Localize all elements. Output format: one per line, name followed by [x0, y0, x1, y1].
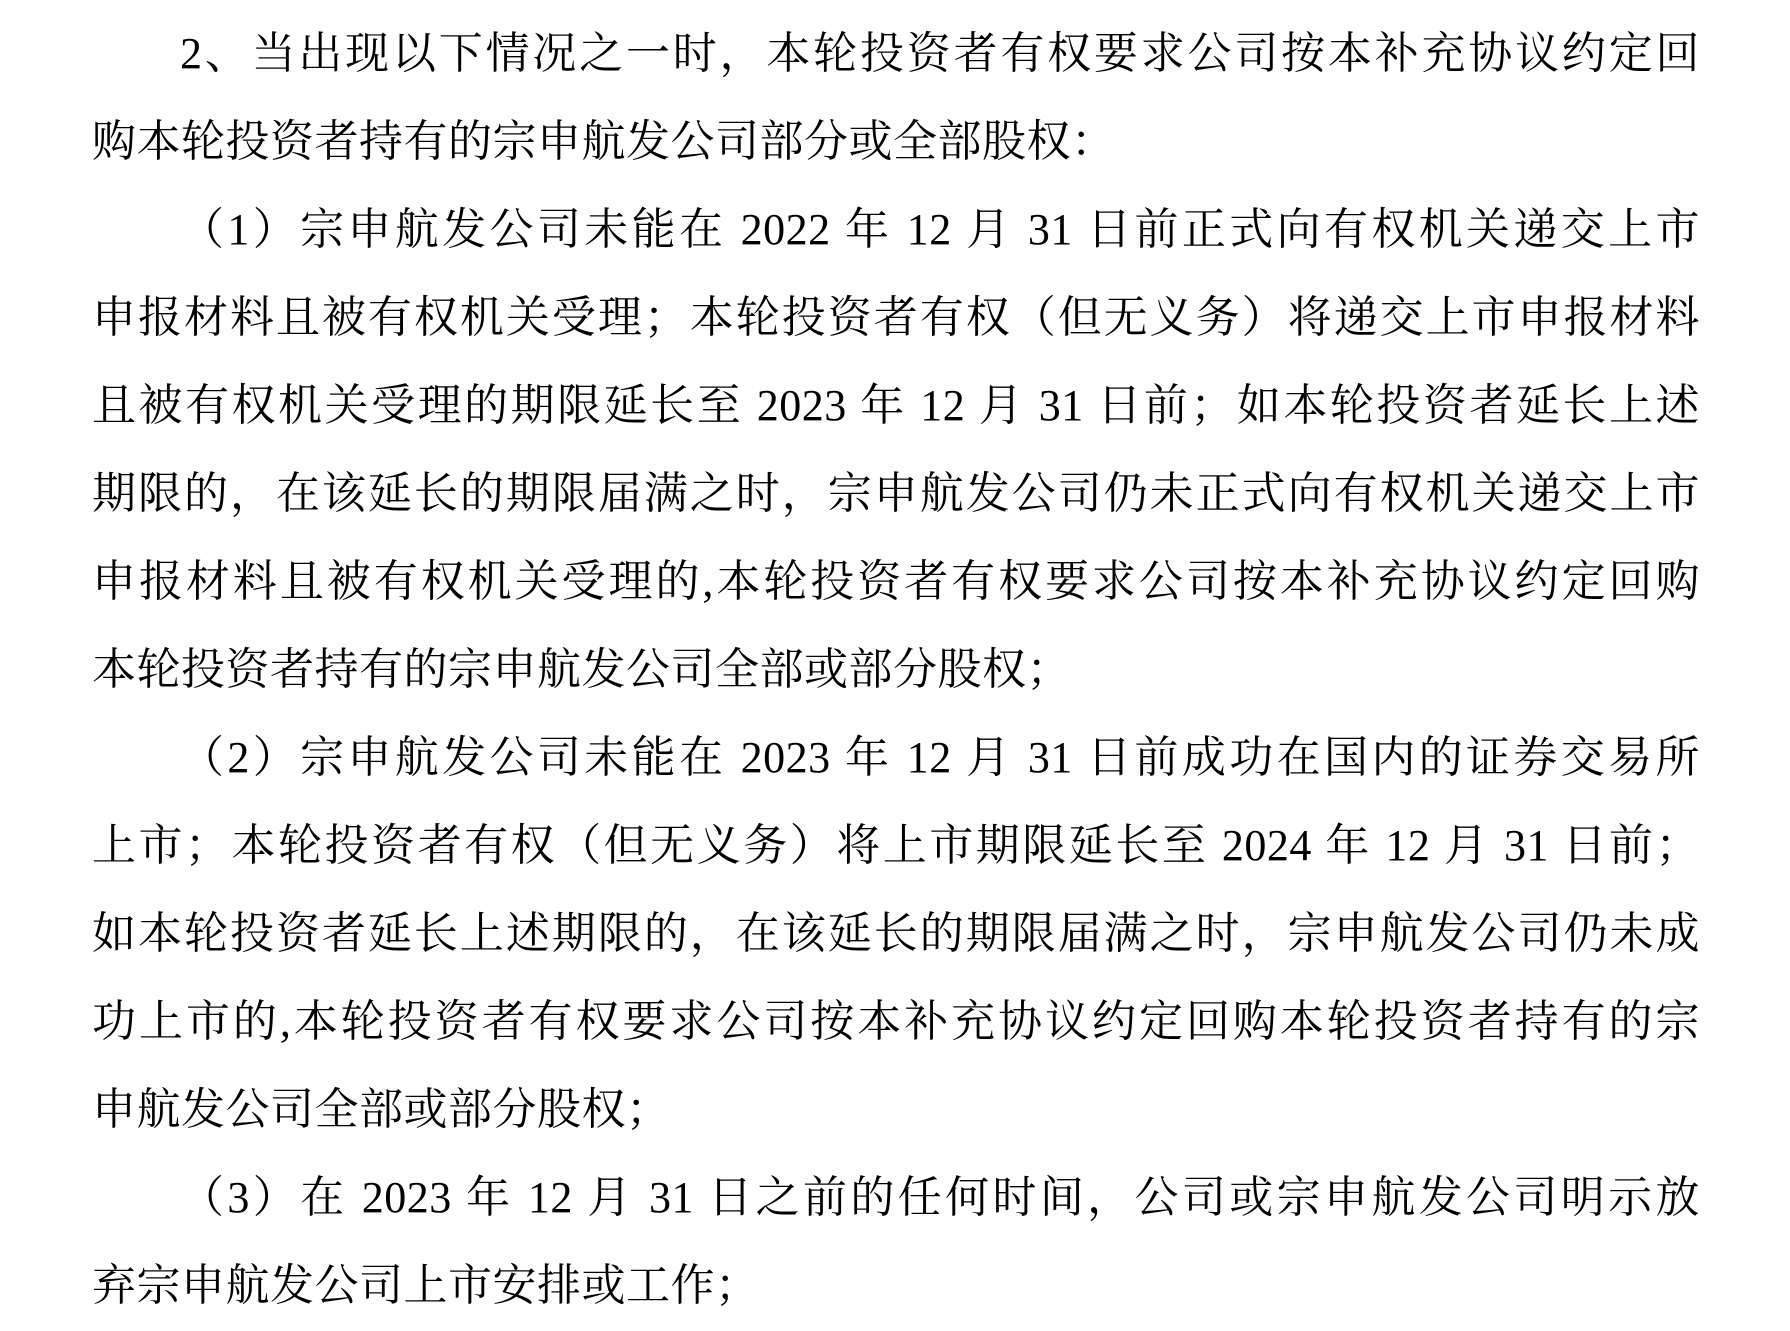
text-line: 弃宗申航发公司上市安排或工作；	[92, 1242, 1700, 1330]
text-line: 申报材料且被有权机关受理的,本轮投资者有权要求公司按本补充协议约定回购	[92, 538, 1700, 626]
text-line: 申报材料且被有权机关受理；本轮投资者有权（但无义务）将递交上市申报材料	[92, 274, 1700, 362]
paragraph: （2）宗申航发公司未能在 2023 年 12 月 31 日前成功在国内的证券交易…	[92, 714, 1700, 1154]
paragraph: （3）在 2023 年 12 月 31 日之前的任何时间，公司或宗申航发公司明示…	[92, 1154, 1700, 1330]
text-line: 功上市的,本轮投资者有权要求公司按本补充协议约定回购本轮投资者持有的宗	[92, 978, 1700, 1066]
paragraph: 2、当出现以下情况之一时，本轮投资者有权要求公司按本补充协议约定回购本轮投资者持…	[92, 10, 1700, 186]
text-line: 购本轮投资者持有的宗申航发公司部分或全部股权：	[92, 98, 1700, 186]
text-line: 期限的，在该延长的期限届满之时，宗申航发公司仍未正式向有权机关递交上市	[92, 450, 1700, 538]
text-line: （3）在 2023 年 12 月 31 日之前的任何时间，公司或宗申航发公司明示…	[92, 1154, 1700, 1242]
text-line: 如本轮投资者延长上述期限的，在该延长的期限届满之时，宗申航发公司仍未成	[92, 890, 1700, 978]
text-line: 上市；本轮投资者有权（但无义务）将上市期限延长至 2024 年 12 月 31 …	[92, 802, 1700, 890]
document-page: 2、当出现以下情况之一时，本轮投资者有权要求公司按本补充协议约定回购本轮投资者持…	[0, 0, 1790, 1331]
text-line: 本轮投资者持有的宗申航发公司全部或部分股权；	[92, 626, 1700, 714]
paragraph: （1）宗申航发公司未能在 2022 年 12 月 31 日前正式向有权机关递交上…	[92, 186, 1700, 714]
text-line: （1）宗申航发公司未能在 2022 年 12 月 31 日前正式向有权机关递交上…	[92, 186, 1700, 274]
text-line: （2）宗申航发公司未能在 2023 年 12 月 31 日前成功在国内的证券交易…	[92, 714, 1700, 802]
text-line: 2、当出现以下情况之一时，本轮投资者有权要求公司按本补充协议约定回	[92, 10, 1700, 98]
text-line: 申航发公司全部或部分股权；	[92, 1066, 1700, 1154]
text-line: 且被有权机关受理的期限延长至 2023 年 12 月 31 日前；如本轮投资者延…	[92, 362, 1700, 450]
document-body: 2、当出现以下情况之一时，本轮投资者有权要求公司按本补充协议约定回购本轮投资者持…	[92, 10, 1700, 1330]
